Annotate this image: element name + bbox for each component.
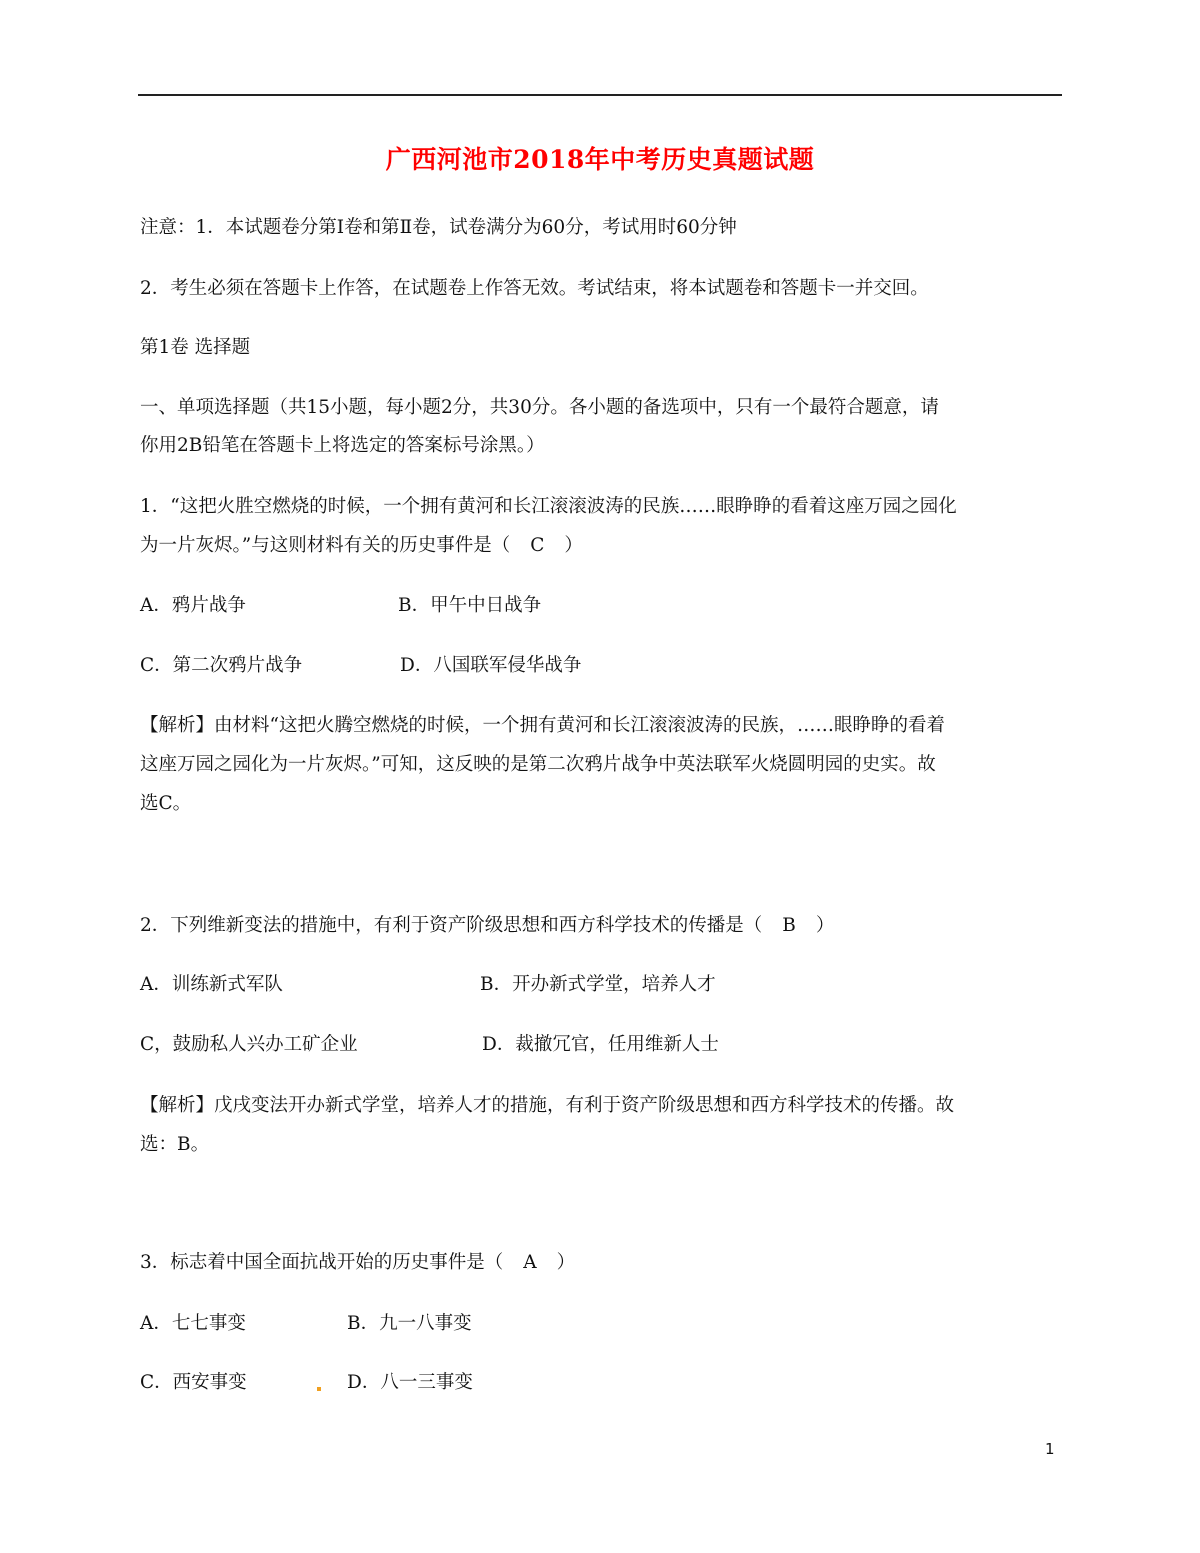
question-2-analysis-line-2: 选：B。 — [140, 1133, 209, 1157]
question-2-answer: B — [762, 914, 816, 938]
question-1-analysis-line-3: 选C。 — [140, 792, 191, 816]
question-1-analysis-line-1: 【解析】由材料“这把火腾空燃烧的时候，一个拥有黄河和长江滚滚波涛的民族，……眼睁… — [140, 714, 945, 738]
question-2-stem-prefix: 2．下列维新变法的措施中，有利于资产阶级思想和西方科学技术的传播是（ — [140, 915, 762, 936]
document-title: 广西河池市2018年中考历史真题试题 — [0, 140, 1200, 176]
header-rule — [138, 94, 1062, 96]
question-2-stem-suffix: ） — [816, 915, 835, 936]
question-2-option-b: B．开办新式学堂，培养人才 — [480, 973, 716, 997]
note-line-2: 2．考生必须在答题卡上作答，在试题卷上作答无效。考试结束，将本试题卷和答题卡一并… — [140, 277, 929, 301]
question-1-option-b: B．甲午中日战争 — [398, 594, 541, 618]
question-3-option-d: D．八一三事变 — [347, 1371, 473, 1395]
question-3-stem-suffix: ） — [557, 1252, 576, 1273]
question-3-option-c: C．西安事变 — [140, 1371, 247, 1395]
question-3-option-b: B．九一八事变 — [347, 1312, 472, 1336]
question-3-stem-line-1: 3．标志着中国全面抗战开始的历史事件是（A） — [140, 1251, 575, 1275]
question-2-stem-line-1: 2．下列维新变法的措施中，有利于资产阶级思想和西方科学技术的传播是（B） — [140, 914, 834, 938]
question-3-option-a: A．七七事变 — [140, 1312, 246, 1336]
question-1-stem-line-1: 1．“这把火胜空燃烧的时候，一个拥有黄河和长江滚滚波涛的民族……眼睁睁的看着这座… — [140, 495, 957, 519]
question-1-analysis-line-2: 这座万园之园化为一片灰烬。”可知，这反映的是第二次鸦片战争中英法联军火烧圆明园的… — [140, 753, 936, 777]
question-2-analysis-line-1: 【解析】戊戌变法开办新式学堂，培养人才的措施，有利于资产阶级思想和西方科学技术的… — [140, 1094, 954, 1118]
page-number: 1 — [1045, 1440, 1055, 1458]
question-2-option-d: D．裁撤冗官，任用维新人士 — [482, 1033, 719, 1057]
question-1-stem-prefix: 为一片灰烬。”与这则材料有关的历史事件是（ — [140, 535, 510, 556]
question-1-option-a: A．鸦片战争 — [140, 594, 246, 618]
note-line-1: 注意：1．本试题卷分第Ⅰ卷和第Ⅱ卷，试卷满分为60分，考试用时60分钟 — [140, 216, 737, 240]
question-3-stem-prefix: 3．标志着中国全面抗战开始的历史事件是（ — [140, 1252, 503, 1273]
question-1-option-d: D．八国联军侵华战争 — [400, 654, 581, 678]
section-instructions-line-2: 你用2B铅笔在答题卡上将选定的答案标号涂黑。） — [140, 434, 545, 458]
question-2-option-c: C，鼓励私人兴办工矿企业 — [140, 1033, 358, 1057]
question-1-answer: C — [510, 534, 564, 558]
question-1-stem-line-2: 为一片灰烬。”与这则材料有关的历史事件是（C） — [140, 534, 583, 558]
question-1-option-c: C．第二次鸦片战争 — [140, 654, 302, 678]
stray-mark — [317, 1387, 321, 1391]
question-1-stem-suffix: ） — [564, 535, 583, 556]
question-2-option-a: A．训练新式军队 — [140, 973, 283, 997]
volume-label: 第1卷 选择题 — [140, 336, 250, 360]
section-instructions-line-1: 一、单项选择题（共15小题，每小题2分，共30分。各小题的备选项中，只有一个最符… — [140, 396, 939, 420]
question-3-answer: A — [503, 1251, 556, 1275]
